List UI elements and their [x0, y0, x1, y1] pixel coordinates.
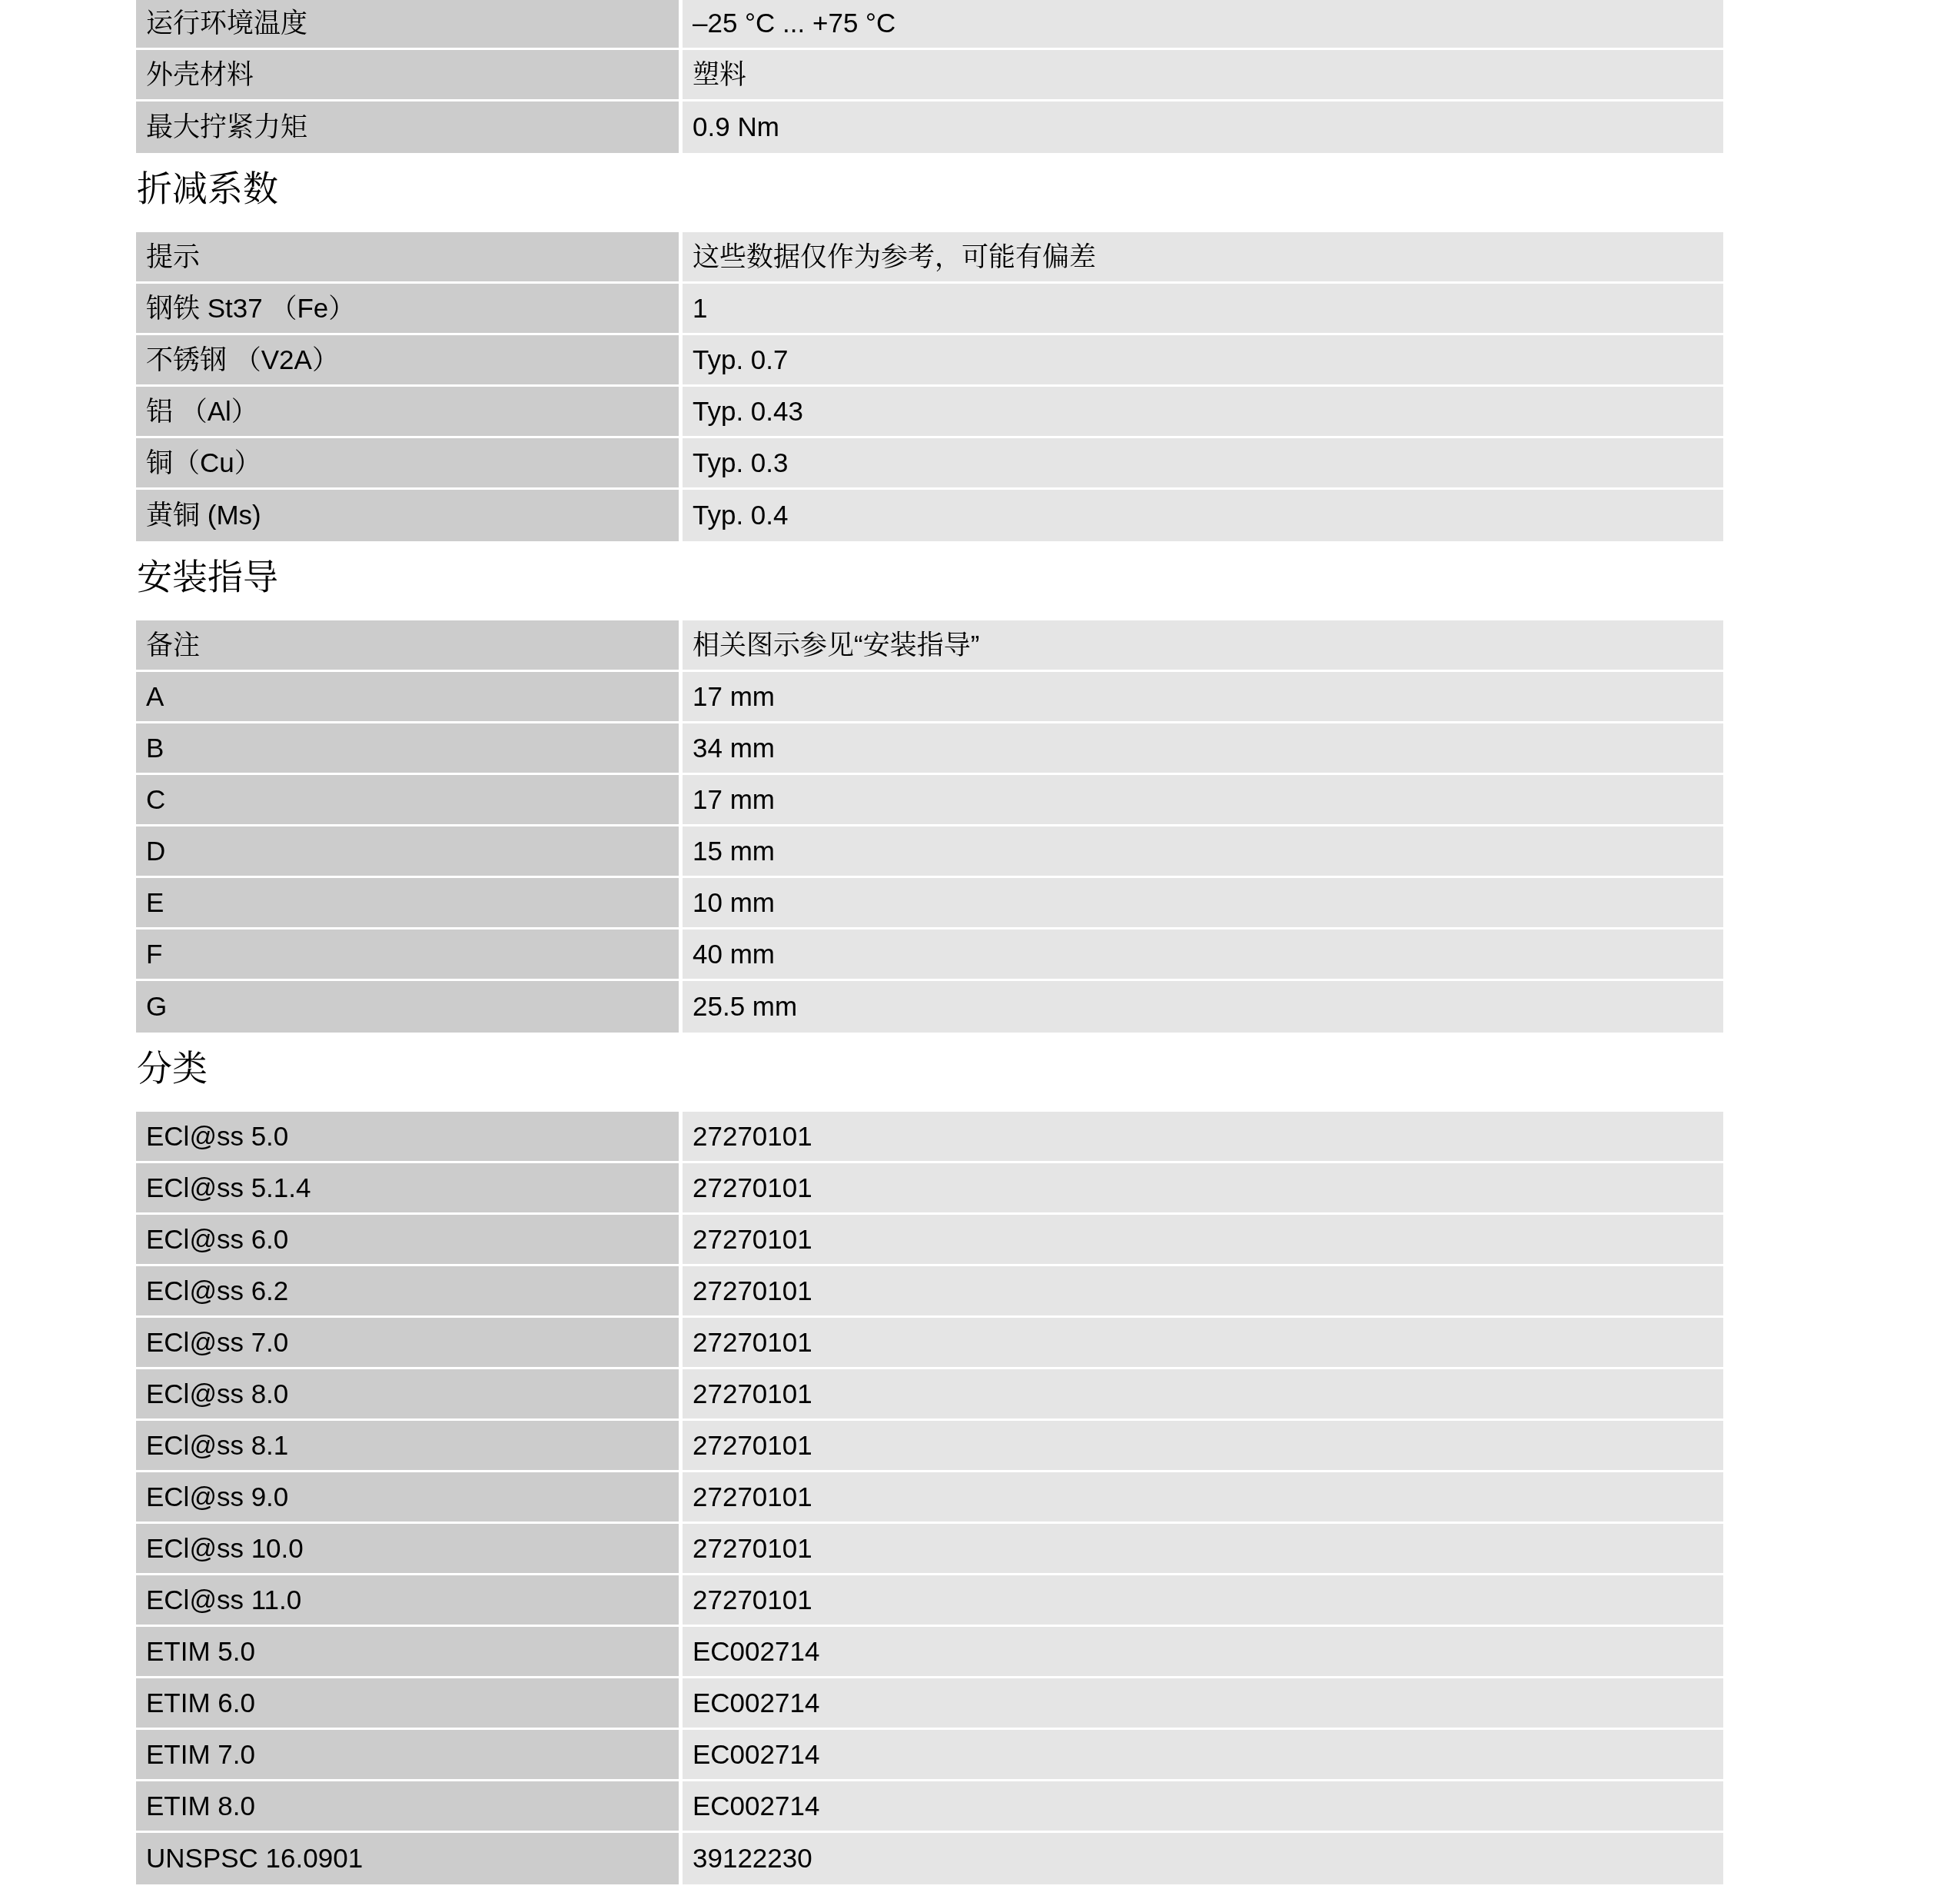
spec-label: ECl@ss 8.1 [136, 1421, 683, 1472]
spec-row-eclass-7-0: ECl@ss 7.0 27270101 [136, 1318, 1723, 1369]
spec-label: ECl@ss 9.0 [136, 1472, 683, 1524]
spec-value: 34 mm [683, 723, 1723, 775]
spec-value: 10 mm [683, 878, 1723, 930]
spec-label: 钢铁 St37 （Fe） [136, 284, 683, 335]
spec-label: B [136, 723, 683, 775]
general-specs-table: 运行环境温度 –25 °C ... +75 °C 外壳材料 塑料 最大拧紧力矩 … [136, 0, 1723, 153]
spec-value: 相关图示参见“安装指导” [683, 620, 1723, 672]
spec-row-dimension-e: E 10 mm [136, 878, 1723, 930]
spec-row-dimension-f: F 40 mm [136, 930, 1723, 981]
spec-row-note: 提示 这些数据仅作为参考，可能有偏差 [136, 232, 1723, 284]
spec-value: Typ. 0.3 [683, 438, 1723, 490]
spec-value: 39122230 [683, 1833, 1723, 1884]
spec-value: 27270101 [683, 1215, 1723, 1266]
spec-label: 备注 [136, 620, 683, 672]
spec-row-aluminium: 铝 （Al） Typ. 0.43 [136, 387, 1723, 438]
spec-label: ETIM 8.0 [136, 1781, 683, 1833]
spec-value: 27270101 [683, 1575, 1723, 1627]
spec-label: ECl@ss 5.0 [136, 1112, 683, 1163]
spec-label: 外壳材料 [136, 50, 683, 101]
spec-row-dimension-d: D 15 mm [136, 826, 1723, 878]
spec-label: 铝 （Al） [136, 387, 683, 438]
spec-label: 黄铜 (Ms) [136, 490, 683, 541]
spec-label: ECl@ss 10.0 [136, 1524, 683, 1575]
spec-label: ECl@ss 11.0 [136, 1575, 683, 1627]
section-heading-installation-guide: 安装指导 [136, 541, 1723, 620]
spec-label: 铜（Cu） [136, 438, 683, 490]
spec-value: 27270101 [683, 1112, 1723, 1163]
spec-value: 这些数据仅作为参考，可能有偏差 [683, 232, 1723, 284]
spec-label: G [136, 981, 683, 1033]
spec-label: ETIM 7.0 [136, 1730, 683, 1781]
spec-value: 25.5 mm [683, 981, 1723, 1033]
spec-value: 17 mm [683, 672, 1723, 723]
spec-row-housing-material: 外壳材料 塑料 [136, 50, 1723, 101]
spec-row-etim-6-0: ETIM 6.0 EC002714 [136, 1678, 1723, 1730]
spec-value: –25 °C ... +75 °C [683, 0, 1723, 50]
spec-row-dimension-c: C 17 mm [136, 775, 1723, 826]
spec-row-dimension-b: B 34 mm [136, 723, 1723, 775]
spec-label: 不锈钢 （V2A） [136, 335, 683, 387]
spec-label: C [136, 775, 683, 826]
installation-guide-table: 备注 相关图示参见“安装指导” A 17 mm B 34 mm C 17 mm … [136, 620, 1723, 1033]
spec-label: 提示 [136, 232, 683, 284]
spec-label: E [136, 878, 683, 930]
spec-value: Typ. 0.7 [683, 335, 1723, 387]
spec-row-eclass-5-1-4: ECl@ss 5.1.4 27270101 [136, 1163, 1723, 1215]
spec-row-brass: 黄铜 (Ms) Typ. 0.4 [136, 490, 1723, 541]
spec-row-copper: 铜（Cu） Typ. 0.3 [136, 438, 1723, 490]
spec-value: Typ. 0.4 [683, 490, 1723, 541]
spec-value: 1 [683, 284, 1723, 335]
reduction-factors-table: 提示 这些数据仅作为参考，可能有偏差 钢铁 St37 （Fe） 1 不锈钢 （V… [136, 232, 1723, 541]
spec-row-remark: 备注 相关图示参见“安装指导” [136, 620, 1723, 672]
spec-row-eclass-9-0: ECl@ss 9.0 27270101 [136, 1472, 1723, 1524]
spec-label: ECl@ss 5.1.4 [136, 1163, 683, 1215]
spec-value: 27270101 [683, 1421, 1723, 1472]
spec-value: 40 mm [683, 930, 1723, 981]
spec-row-etim-7-0: ETIM 7.0 EC002714 [136, 1730, 1723, 1781]
spec-value: 17 mm [683, 775, 1723, 826]
spec-label: 最大拧紧力矩 [136, 101, 683, 153]
spec-label: ECl@ss 6.0 [136, 1215, 683, 1266]
spec-label: D [136, 826, 683, 878]
spec-value: 27270101 [683, 1472, 1723, 1524]
spec-label: A [136, 672, 683, 723]
spec-value: 27270101 [683, 1318, 1723, 1369]
spec-row-steel: 钢铁 St37 （Fe） 1 [136, 284, 1723, 335]
spec-value: 27270101 [683, 1369, 1723, 1421]
spec-row-operating-temperature: 运行环境温度 –25 °C ... +75 °C [136, 0, 1723, 50]
spec-value: 27270101 [683, 1163, 1723, 1215]
spec-label: ECl@ss 6.2 [136, 1266, 683, 1318]
spec-value: EC002714 [683, 1627, 1723, 1678]
spec-label: ETIM 6.0 [136, 1678, 683, 1730]
spec-row-etim-5-0: ETIM 5.0 EC002714 [136, 1627, 1723, 1678]
spec-row-eclass-6-2: ECl@ss 6.2 27270101 [136, 1266, 1723, 1318]
spec-row-etim-8-0: ETIM 8.0 EC002714 [136, 1781, 1723, 1833]
spec-row-eclass-8-1: ECl@ss 8.1 27270101 [136, 1421, 1723, 1472]
spec-row-eclass-11-0: ECl@ss 11.0 27270101 [136, 1575, 1723, 1627]
spec-row-stainless-steel: 不锈钢 （V2A） Typ. 0.7 [136, 335, 1723, 387]
spec-value: 0.9 Nm [683, 101, 1723, 153]
spec-row-max-torque: 最大拧紧力矩 0.9 Nm [136, 101, 1723, 153]
spec-row-eclass-10-0: ECl@ss 10.0 27270101 [136, 1524, 1723, 1575]
spec-value: EC002714 [683, 1730, 1723, 1781]
spec-label: 运行环境温度 [136, 0, 683, 50]
spec-label: ECl@ss 8.0 [136, 1369, 683, 1421]
spec-value: EC002714 [683, 1678, 1723, 1730]
classification-table: ECl@ss 5.0 27270101 ECl@ss 5.1.4 2727010… [136, 1112, 1723, 1884]
spec-label: F [136, 930, 683, 981]
spec-label: UNSPSC 16.0901 [136, 1833, 683, 1884]
spec-row-eclass-8-0: ECl@ss 8.0 27270101 [136, 1369, 1723, 1421]
spec-label: ETIM 5.0 [136, 1627, 683, 1678]
datasheet-page: 运行环境温度 –25 °C ... +75 °C 外壳材料 塑料 最大拧紧力矩 … [136, 0, 1723, 1884]
spec-value: 27270101 [683, 1524, 1723, 1575]
section-heading-classification: 分类 [136, 1033, 1723, 1112]
spec-value: Typ. 0.43 [683, 387, 1723, 438]
spec-label: ECl@ss 7.0 [136, 1318, 683, 1369]
section-heading-reduction-factors: 折减系数 [136, 153, 1723, 232]
spec-row-eclass-5-0: ECl@ss 5.0 27270101 [136, 1112, 1723, 1163]
spec-row-unspsc-16-0901: UNSPSC 16.0901 39122230 [136, 1833, 1723, 1884]
spec-row-dimension-g: G 25.5 mm [136, 981, 1723, 1033]
spec-row-dimension-a: A 17 mm [136, 672, 1723, 723]
spec-value: 塑料 [683, 50, 1723, 101]
spec-value: EC002714 [683, 1781, 1723, 1833]
spec-value: 15 mm [683, 826, 1723, 878]
spec-value: 27270101 [683, 1266, 1723, 1318]
spec-row-eclass-6-0: ECl@ss 6.0 27270101 [136, 1215, 1723, 1266]
